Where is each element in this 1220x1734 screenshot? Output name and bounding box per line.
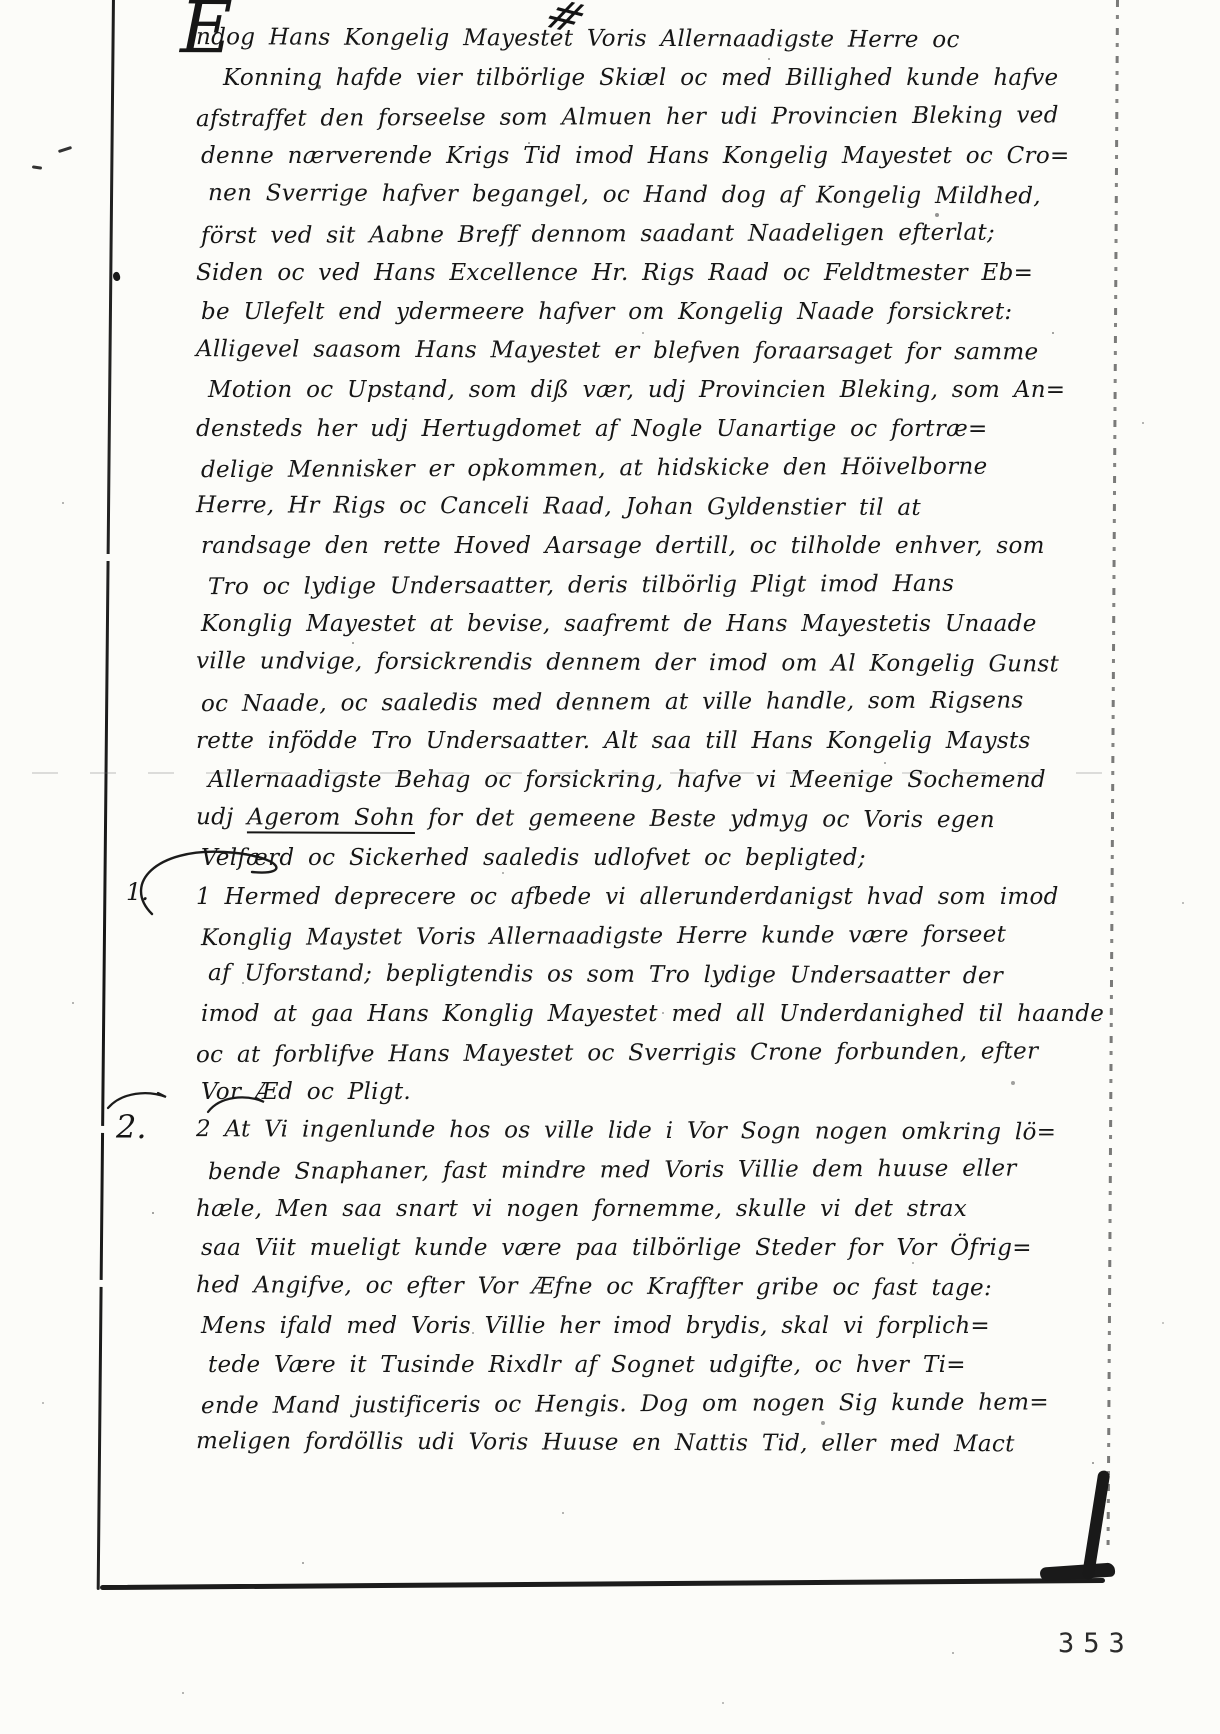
manuscript-line: nen Sverrige hafver begangel, oc Hand do…: [208, 174, 1156, 217]
manuscript-line: Konglig Mayestet at bevise, saafremt de …: [201, 605, 1156, 644]
manuscript-line: Konglig Maystet Voris Allernaadigste Her…: [201, 915, 1156, 958]
manuscript-line: Alligevel saasom Hans Mayestet er blefve…: [196, 330, 1156, 373]
manuscript-line: Siden oc ved Hans Excellence Hr. Rigs Ra…: [196, 254, 1156, 293]
manuscript-line: Vor Æd oc Pligt.: [201, 1073, 1156, 1112]
line-segment: for det gemeene Beste ydmyg oc Voris ege…: [415, 805, 995, 833]
manuscript-line: 1 Hermed deprecere oc afbede vi allerund…: [196, 878, 1156, 917]
manuscript-line: Endog Hans Kongelig Mayestet Voris Aller…: [196, 18, 1156, 61]
manuscript-line: Herre, Hr Rigs oc Canceli Raad, Johan Gy…: [196, 486, 1156, 529]
stray-pen-mark: [58, 146, 72, 153]
page-bottom-edge: [100, 1578, 1105, 1590]
manuscript-line: rette infödde Tro Undersaatter. Alt saa …: [196, 722, 1156, 761]
manuscript-line: oc at forblifve Hans Mayestet oc Sverrig…: [196, 1032, 1156, 1075]
manuscript-line: hed Angifve, oc efter Vor Æfne oc Krafft…: [196, 1266, 1156, 1309]
manuscript-line: hæle, Men saa snart vi nogen fornemme, s…: [196, 1190, 1156, 1229]
manuscript-line: Tro oc lydige Undersaatter, deris tilbör…: [208, 564, 1156, 607]
manuscript-line: ende Mand justificeris oc Hengis. Dog om…: [201, 1383, 1156, 1426]
manuscript-line: be Ulefelt end ydermeere hafver om Konge…: [201, 293, 1156, 332]
manuscript-line: imod at gaa Hans Konglig Mayestet med al…: [201, 995, 1156, 1034]
manuscript-line: meligen fordöllis udi Voris Huuse en Nat…: [196, 1422, 1156, 1465]
stray-pen-mark: [32, 165, 42, 169]
rule-gap: [106, 554, 111, 561]
manuscript-line: Konning hafde vier tilbörlige Skiæl oc m…: [201, 59, 1156, 98]
manuscript-line: saa Viit mueligt kunde være paa tilbörli…: [201, 1229, 1156, 1268]
manuscript-line: delige Mennisker er opkommen, at hidskic…: [201, 447, 1156, 490]
manuscript-line: Allernaadigste Behag oc forsickring, haf…: [208, 761, 1156, 800]
manuscript-line: tede Være it Tusinde Rixdlr af Sognet ud…: [208, 1346, 1156, 1385]
manuscript-line: ville undvige, forsickrendis dennem der …: [196, 642, 1156, 685]
rule-gap: [99, 1280, 104, 1287]
photocopy-noise: [0, 0, 2, 2]
manuscript-line: randsage den rette Hoved Aarsage dertill…: [201, 527, 1156, 566]
rule-gap: [100, 1126, 105, 1133]
manuscript-line: 2 At Vi ingenlunde hos os ville lide i V…: [196, 1110, 1156, 1153]
manuscript-line: Motion oc Upstand, som diß vær, udj Prov…: [208, 371, 1156, 410]
manuscript-line: Mens ifald med Voris Villie her imod bry…: [201, 1307, 1156, 1346]
manuscript-line: Velfærd oc Sickerhed saaledis udlofvet o…: [201, 839, 1156, 878]
line-segment: udj: [196, 804, 247, 830]
ink-spot: [112, 271, 122, 282]
manuscript-line: bende Snaphaner, fast mindre med Voris V…: [208, 1149, 1156, 1192]
manuscript-line: af Uforstand; bepligtendis os som Tro ly…: [208, 954, 1156, 997]
manuscript-scan-page: # 1. 2. Endog Hans Kongelig Mayestet Vor…: [0, 0, 1220, 1734]
page-number: 353: [1058, 1628, 1134, 1659]
manuscript-line: afstraffet den forseelse som Almuen her …: [196, 96, 1156, 139]
pen-flourish: [104, 1088, 174, 1114]
manuscript-line: densteds her udj Hertugdomet af Nogle Ua…: [196, 410, 1156, 449]
underlined-place-name: Agerom Sohn: [247, 804, 415, 834]
manuscript-line: denne nærverende Krigs Tid imod Hans Kon…: [201, 137, 1156, 176]
manuscript-text-block: Endog Hans Kongelig Mayestet Voris Aller…: [196, 20, 1156, 1463]
manuscript-line: oc Naade, oc saaledis med dennem at vill…: [201, 681, 1156, 724]
manuscript-line-underlined: udj Agerom Sohn for det gemeene Beste yd…: [196, 798, 1156, 841]
left-margin-rule: [97, 0, 115, 1590]
manuscript-line: först ved sit Aabne Breff dennom saadant…: [201, 213, 1156, 256]
